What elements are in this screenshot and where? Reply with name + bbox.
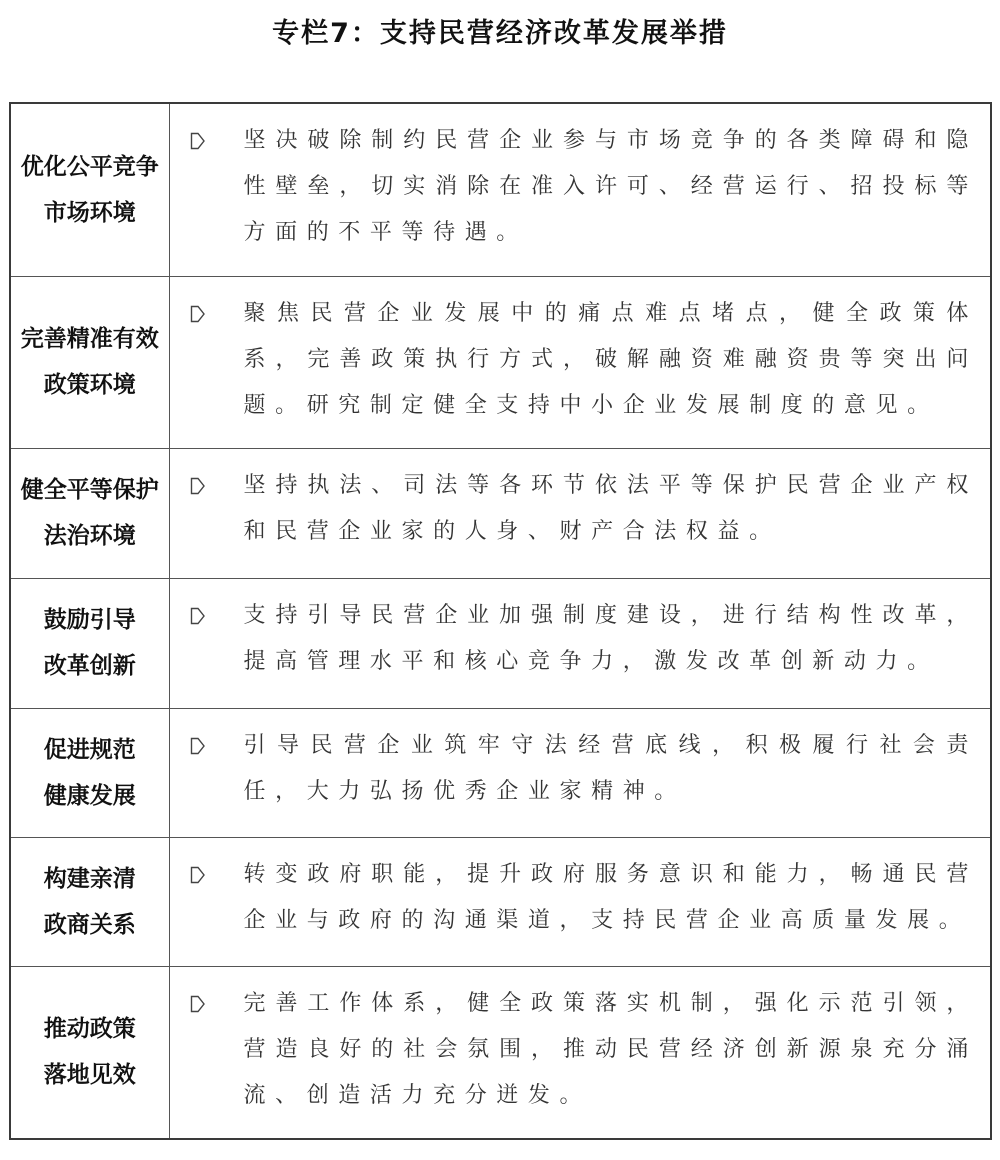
hollow-right-arrow-icon: [190, 735, 214, 759]
measure-text: 支持引导民营企业加强制度建设，进行结构性改革，提高管理水平和核心竞争力，激发改革…: [244, 593, 979, 685]
category-label: 健全平等保护 法治环境: [10, 448, 169, 578]
table-row: 健全平等保护 法治环境 坚持执法、司法等各环节依法平等保护民营企业产权和民营企业…: [10, 448, 991, 578]
category-label-line: 改革创新: [11, 643, 169, 689]
category-label-line: 政商关系: [11, 902, 169, 948]
category-label: 促进规范 健康发展: [10, 708, 169, 837]
category-label-line: 健全平等保护: [11, 467, 169, 513]
category-label-line: 鼓励引导: [11, 597, 169, 643]
table-row: 推动政策 落地见效 完善工作体系，健全政策落实机制，强化示范引领，营造良好的社会…: [10, 966, 991, 1139]
category-label: 优化公平竞争 市场环境: [10, 103, 169, 276]
hollow-right-arrow-icon: [190, 864, 214, 888]
measure-text: 引导民营企业筑牢守法经营底线，积极履行社会责任，大力弘扬优秀企业家精神。: [244, 723, 979, 815]
table-row: 促进规范 健康发展 引导民营企业筑牢守法经营底线，积极履行社会责任，大力弘扬优秀…: [10, 708, 991, 837]
measure-description: 支持引导民营企业加强制度建设，进行结构性改革，提高管理水平和核心竞争力，激发改革…: [169, 578, 991, 708]
category-label: 推动政策 落地见效: [10, 966, 169, 1139]
table-row: 构建亲清 政商关系 转变政府职能，提升政府服务意识和能力，畅通民营企业与政府的沟…: [10, 837, 991, 966]
measures-table: 优化公平竞争 市场环境 坚决破除制约民营企业参与市场竞争的各类障碍和隐性壁垒，切…: [9, 102, 992, 1140]
category-label: 构建亲清 政商关系: [10, 837, 169, 966]
category-label-line: 优化公平竞争: [11, 144, 169, 190]
measure-description: 引导民营企业筑牢守法经营底线，积极履行社会责任，大力弘扬优秀企业家精神。: [169, 708, 991, 837]
document-title: 专栏7：支持民营经济改革发展举措: [0, 14, 1000, 54]
category-label-line: 政策环境: [11, 362, 169, 408]
category-label-line: 健康发展: [11, 773, 169, 819]
measure-text: 坚决破除制约民营企业参与市场竞争的各类障碍和隐性壁垒，切实消除在准入许可、经营运…: [244, 118, 979, 256]
table-row: 完善精准有效 政策环境 聚焦民营企业发展中的痛点难点堵点，健全政策体系，完善政策…: [10, 276, 991, 448]
hollow-right-arrow-icon: [190, 605, 214, 629]
category-label-line: 构建亲清: [11, 856, 169, 902]
hollow-right-arrow-icon: [190, 303, 214, 327]
measure-text: 坚持执法、司法等各环节依法平等保护民营企业产权和民营企业家的人身、财产合法权益。: [244, 463, 979, 555]
measure-text: 转变政府职能，提升政府服务意识和能力，畅通民营企业与政府的沟通渠道，支持民营企业…: [244, 852, 979, 944]
hollow-right-arrow-icon: [190, 993, 214, 1017]
measure-text: 聚焦民营企业发展中的痛点难点堵点，健全政策体系，完善政策执行方式，破解融资难融资…: [244, 291, 979, 429]
measure-description: 坚决破除制约民营企业参与市场竞争的各类障碍和隐性壁垒，切实消除在准入许可、经营运…: [169, 103, 991, 276]
category-label-line: 法治环境: [11, 513, 169, 559]
measure-description: 聚焦民营企业发展中的痛点难点堵点，健全政策体系，完善政策执行方式，破解融资难融资…: [169, 276, 991, 448]
category-label-line: 促进规范: [11, 727, 169, 773]
measure-description: 坚持执法、司法等各环节依法平等保护民营企业产权和民营企业家的人身、财产合法权益。: [169, 448, 991, 578]
measure-description: 转变政府职能，提升政府服务意识和能力，畅通民营企业与政府的沟通渠道，支持民营企业…: [169, 837, 991, 966]
category-label-line: 市场环境: [11, 190, 169, 236]
measure-text: 完善工作体系，健全政策落实机制，强化示范引领，营造良好的社会氛围，推动民营经济创…: [244, 981, 979, 1119]
table-row: 鼓励引导 改革创新 支持引导民营企业加强制度建设，进行结构性改革，提高管理水平和…: [10, 578, 991, 708]
category-label: 完善精准有效 政策环境: [10, 276, 169, 448]
measure-description: 完善工作体系，健全政策落实机制，强化示范引领，营造良好的社会氛围，推动民营经济创…: [169, 966, 991, 1139]
table-row: 优化公平竞争 市场环境 坚决破除制约民营企业参与市场竞争的各类障碍和隐性壁垒，切…: [10, 103, 991, 276]
category-label: 鼓励引导 改革创新: [10, 578, 169, 708]
category-label-line: 落地见效: [11, 1052, 169, 1098]
hollow-right-arrow-icon: [190, 475, 214, 499]
category-label-line: 推动政策: [11, 1006, 169, 1052]
hollow-right-arrow-icon: [190, 130, 214, 154]
category-label-line: 完善精准有效: [11, 316, 169, 362]
